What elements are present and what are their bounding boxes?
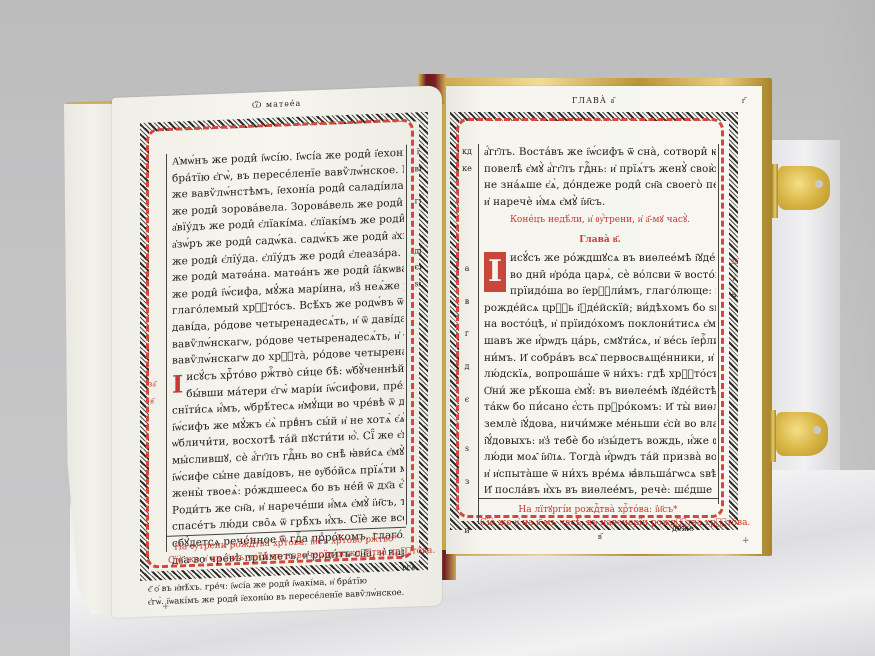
verse-numbers-right: ї ві гі ді єі ѕі bbox=[410, 144, 426, 293]
gospel-text-matthew-1-end: а҆́гг҃лъ. Воста́въ же і҆ѡ́сифъ ѿ сна̀, с… bbox=[484, 144, 716, 210]
text-column-rule-left bbox=[166, 154, 167, 552]
text-column-rule-left bbox=[478, 144, 479, 524]
illuminated-dropcap: І bbox=[484, 252, 506, 292]
left-page[interactable]: Ѿ матѳе́а А҆мѡ́нъ же роди̂ і҆ѡсі́ю. І҆ѡс… bbox=[112, 85, 442, 618]
text-column-rule-right bbox=[718, 144, 719, 504]
running-head-right: ГЛАВА̀ а҃ bbox=[572, 96, 615, 105]
page-number: г҃ bbox=[742, 96, 746, 105]
gospel-text-matthew-2: І исꙋ́съ же ро́ждшꙋсѧ въ виѳлее́мѣ і҆ꙋде… bbox=[484, 250, 716, 499]
catchword: де́же bbox=[672, 524, 694, 533]
signature-mark: в҃ bbox=[598, 532, 602, 541]
right-page[interactable]: ГЛАВА̀ а҃ г҃ кд ке а в г д є ѕ з и а҆́гг… bbox=[446, 86, 762, 554]
crop-mark: + bbox=[742, 536, 750, 546]
margin-zachalo-number: за҃ г҃ а bbox=[724, 254, 744, 304]
verse-numbers-left: кд ке а в г д є ѕ з и bbox=[458, 144, 476, 540]
gospel-text-matthew-1: А҆мѡ́нъ же роди̂ і҆ѡсі́ю. І҆ѡсі́а же род… bbox=[172, 145, 404, 370]
upper-clasp-icon[interactable] bbox=[778, 166, 830, 210]
margin-zachalo-number: за҃ в҃ bbox=[142, 376, 162, 410]
red-initial-letter: І bbox=[172, 369, 183, 399]
chapter-heading: Глава̀ в҃. bbox=[484, 234, 716, 247]
lower-clasp-icon[interactable] bbox=[776, 412, 828, 456]
text-column-rule-right bbox=[406, 145, 407, 525]
crop-mark: + bbox=[162, 602, 170, 612]
running-head-left: Ѿ матѳе́а bbox=[252, 99, 301, 110]
rubric-separator bbox=[478, 498, 718, 499]
signature-mark: вгѧ bbox=[402, 562, 415, 572]
rubric-end-of-reading: Коне́цъ недѣ́ли, и҆ ᲂу҆́трени, и҆ а҃-мꙋ … bbox=[484, 214, 716, 227]
